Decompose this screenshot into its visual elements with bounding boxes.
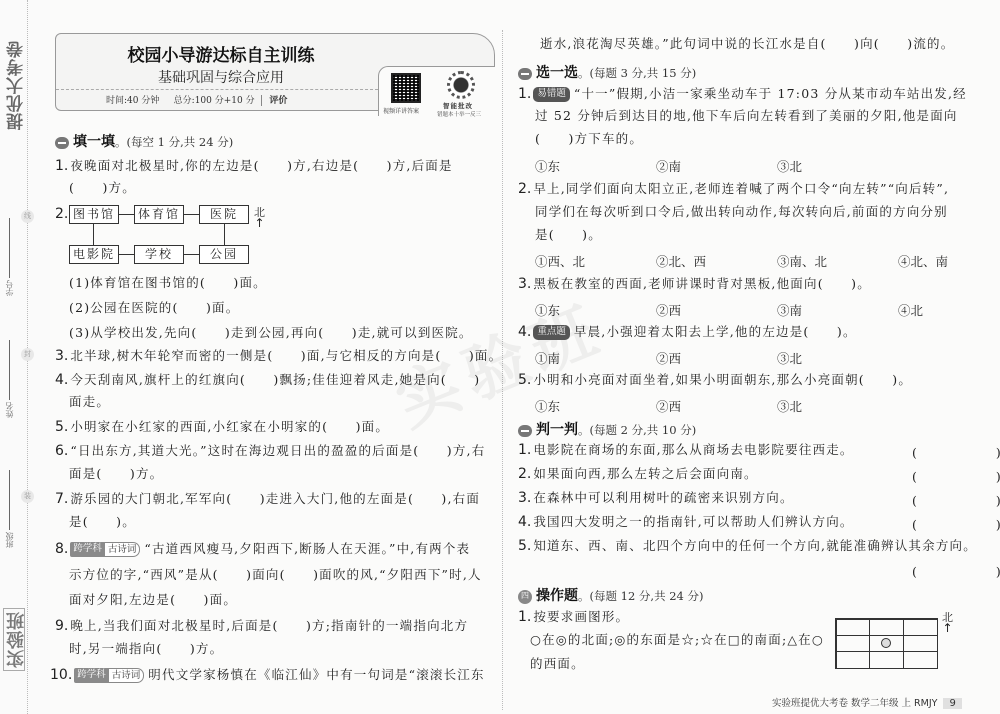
ai-grading-sublabel: 错题本十举一反三 — [437, 110, 481, 118]
diagram-gym: 体育馆 — [134, 205, 184, 224]
question-4-1: 1.按要求画图形。 — [518, 610, 629, 624]
grid-cell[interactable] — [869, 619, 904, 636]
question-2-1-cont2: ( )方下车的。 — [535, 133, 643, 146]
option[interactable]: ②北、西 — [656, 252, 706, 270]
option[interactable]: ②西 — [656, 397, 681, 415]
question-2-1-cont: 过 52 分钟后到达目的地,他下车后向左转看到了美丽的夕阳,他是面向 — [535, 110, 958, 123]
diagram-park: 公园 — [199, 245, 249, 264]
question-1-7: 7.游乐园的大门朝北,军军向( )走进入大门,他的左面是( ),右面 — [55, 492, 480, 506]
seal-mark: 装 — [21, 490, 34, 503]
grid-cell[interactable] — [836, 635, 871, 652]
question-1-7-cont: 是( )。 — [69, 516, 136, 529]
option[interactable]: ③北 — [777, 397, 802, 415]
page-title: 校园小导游达标自主训练 — [56, 41, 386, 66]
book-title: 实验班提优大考卷 数学二年级 上 RMJY — [772, 698, 937, 709]
tag-cross-subject: 跨学科 — [74, 668, 109, 683]
section-header-operation: 四操作题。(每题 12 分,共 24 分) — [518, 585, 704, 605]
total-score: 总分:100 分+10 分 — [174, 96, 255, 106]
question-1-10: 10.跨学科古诗词明代文学家杨慎在《临江仙》中有一句词是“滚滚长江东 — [50, 668, 485, 683]
time-limit: 时间:40 分钟 — [106, 96, 159, 106]
ai-grading-label: 智能批改 — [443, 101, 473, 110]
grid-cell[interactable] — [869, 651, 904, 668]
question-3-1: 1.电影院在商场的东面,那么从商场去电影院要往西走。 — [518, 443, 854, 457]
field-student-id: 学号 — [4, 218, 15, 296]
question-1-2-sub2: (2)公园在医院的( )面。 — [69, 302, 239, 315]
divider — [261, 95, 262, 106]
qr-label: 视频详讲答案 — [383, 106, 419, 115]
tag-key-point: 重点题 — [533, 325, 570, 340]
option[interactable]: ④北 — [898, 301, 923, 319]
question-1-10-cont: 逝水,浪花淘尽英雄。”此句词中说的长江水是自( )向( )流的。 — [540, 38, 954, 51]
field-class: 班级 — [4, 470, 15, 548]
option[interactable]: ②西 — [656, 349, 681, 367]
question-2-3: 3.黑板在教室的西面,老师讲课时背对黑板,他面向( )。 — [518, 277, 871, 291]
connector — [184, 254, 199, 255]
question-1-4: 4.今天刮南风,旗杆上的红旗向( )飘扬;佳佳迎着风走,她是向( ) — [55, 373, 480, 387]
grid-cell[interactable] — [836, 619, 871, 636]
exam-header: 校园小导游达标自主训练 基础巩固与综合应用 时间:40 分钟 总分:100 分+… — [55, 33, 495, 111]
section-number-icon: 四 — [518, 590, 532, 604]
grid-cell[interactable] — [903, 635, 938, 652]
field-name: 姓名 — [4, 340, 15, 418]
diagram-cinema: 电影院 — [69, 245, 119, 264]
option[interactable]: ①南 — [535, 349, 560, 367]
question-1-1: 1.夜晚面对北极星时,你的左边是( )方,右边是( )方,后面是 — [55, 159, 453, 173]
answer-box[interactable]: ( ) — [912, 467, 1000, 485]
section-number-icon — [55, 137, 69, 149]
evaluation-label: 评价 — [269, 96, 287, 106]
connector — [184, 214, 199, 215]
question-1-6: 6.“日出东方,其道大光。”这时在海边观日出的盈盈的后面是( )方,右 — [55, 444, 485, 458]
question-1-8-cont2: 面对夕阳,左边是( )面。 — [69, 594, 237, 607]
question-2-4: 4.重点题早晨,小强迎着太阳去上学,他的左边是( )。 — [518, 325, 857, 340]
north-indicator: 北↑ — [942, 612, 953, 634]
answer-box[interactable]: ( ) — [912, 443, 1000, 461]
tag-cross-subject: 跨学科 — [70, 542, 105, 557]
grid-cell[interactable] — [903, 619, 938, 636]
diagram-library: 图书馆 — [69, 205, 119, 224]
diagram-school: 学校 — [134, 245, 184, 264]
option[interactable]: ①东 — [535, 301, 560, 319]
diagram-hospital: 医院 — [199, 205, 249, 224]
question-1-8: 8.跨学科古诗词“古道西风瘦马,夕阳西下,断肠人在天涯。”中,有两个表 — [55, 542, 470, 557]
option[interactable]: ②西 — [656, 301, 681, 319]
question-1-8-cont: 示方位的字,“西风”是从( )面向( )面吹的风,“夕阳西下”时,人 — [69, 569, 482, 582]
question-3-4: 4.我国四大发明之一的指南针,可以帮助人们辨认方向。 — [518, 515, 854, 529]
question-1-9-cont: 时,另一端指向( )方。 — [69, 643, 223, 656]
question-3-3: 3.在森林中可以利用树叶的疏密来识别方向。 — [518, 491, 794, 505]
option[interactable]: ③南 — [777, 301, 802, 319]
question-1-2-sub1: (1)体育馆在图书馆的( )面。 — [69, 277, 267, 290]
north-arrow-icon: ↑ — [254, 217, 265, 229]
question-1-6-cont: 面是( )方。 — [69, 468, 163, 481]
page-number: 9 — [943, 698, 961, 709]
question-2-2: 2.早上,同学们面向太阳立正,老师连着喊了两个口令“向左转”“向后转”, — [518, 182, 949, 196]
page-footer: 实验班提优大考卷 数学二年级 上 RMJY9 — [772, 695, 962, 709]
connector — [119, 254, 134, 255]
seal-mark: 线 — [21, 210, 34, 223]
option[interactable]: ③北 — [777, 157, 802, 175]
section-header-true-false: 判一判。(每题 2 分,共 10 分) — [518, 419, 696, 439]
question-1-5: 5.小明家在小红家的西面,小红家在小明家的( )面。 — [55, 420, 389, 434]
question-4-1-instructions: ○在◎的北面;◎的东面是☆;☆在□的南面;△在○ — [530, 634, 824, 647]
page-subtitle: 基础巩固与综合应用 — [56, 67, 386, 87]
option[interactable]: ②南 — [656, 157, 681, 175]
qr-code-icon[interactable] — [391, 73, 421, 103]
section-header-fill-in: 填一填。(每空 1 分,共 24 分) — [55, 131, 233, 151]
option[interactable]: ③南、北 — [777, 252, 827, 270]
center-circle-icon — [881, 638, 891, 648]
north-arrow-icon: ↑ — [942, 622, 953, 634]
question-1-3: 3.北半球,树木年轮窄而密的一侧是( )面,与它相反的方向是( )面。 — [55, 349, 502, 363]
publisher-logo: 实验班 — [3, 608, 25, 671]
binding-margin: 提优大考卷 班级 姓名 学号 装 封 线 实验班 — [0, 0, 50, 714]
connector — [119, 214, 134, 215]
ai-grading-icon[interactable] — [447, 71, 475, 99]
section-header-choice: 选一选。(每题 3 分,共 15 分) — [518, 62, 696, 82]
question-1-4-cont: 面走。 — [69, 396, 110, 409]
section-number-icon — [518, 425, 532, 437]
question-3-2: 2.如果面向西,那么左转之后会面向南。 — [518, 467, 758, 481]
seal-mark: 封 — [21, 348, 34, 361]
question-2-2-cont: 同学们在每次听到口令后,做出转向动作,每次转向后,前面的方向分别 — [535, 206, 948, 219]
grid-cell-center[interactable] — [869, 635, 904, 652]
option[interactable]: ①东 — [535, 397, 560, 415]
answer-box[interactable]: ( ) — [912, 515, 1000, 533]
option[interactable]: ①西、北 — [535, 252, 585, 270]
question-3-5: 5.知道东、西、南、北四个方向中的任何一个方向,就能准确辨认其余方向。 — [518, 539, 977, 553]
north-indicator: 北↑ — [254, 207, 265, 229]
question-4-1-instructions-cont: 的西面。 — [530, 658, 585, 671]
question-1-1-cont: ( )方。 — [69, 182, 136, 195]
question-2-1: 1.易错题“十一”假期,小洁一家乘坐动车于 17:03 分从某市动车站出发,经 — [518, 87, 967, 102]
question-1-2-sub3: (3)从学校出发,先向( )走到公园,再向( )走,就可以到医院。 — [69, 327, 473, 340]
option[interactable]: ①东 — [535, 157, 560, 175]
answer-box[interactable]: ( ) — [912, 562, 1000, 580]
tag-poetry: 古诗词 — [105, 542, 141, 557]
brand-label: 提优大考卷 — [4, 40, 24, 130]
tag-error-prone: 易错题 — [533, 87, 570, 102]
connector — [224, 224, 225, 245]
grid-cell[interactable] — [903, 651, 938, 668]
section-number-icon — [518, 68, 532, 80]
question-2-5: 5.小明和小亮面对面坐着,如果小明面朝东,那么小亮面朝( )。 — [518, 373, 912, 387]
option[interactable]: ③北 — [777, 349, 802, 367]
exam-meta: 时间:40 分钟 总分:100 分+10 分 评价 — [106, 93, 287, 106]
answer-box[interactable]: ( ) — [912, 491, 1000, 509]
grid-cell[interactable] — [836, 651, 871, 668]
connector — [93, 224, 94, 245]
question-2-2-cont2: 是( )。 — [535, 229, 602, 242]
tag-poetry: 古诗词 — [109, 668, 145, 683]
option[interactable]: ④北、南 — [898, 252, 948, 270]
divider — [56, 89, 378, 90]
qr-area: 视频详讲答案 智能批改 错题本十举一反三 — [378, 66, 495, 116]
column-divider — [502, 30, 503, 710]
question-1-9: 9.晚上,当我们面对北极星时,后面是( )方;指南针的一端指向北方 — [55, 619, 468, 633]
drawing-grid[interactable] — [835, 618, 938, 669]
